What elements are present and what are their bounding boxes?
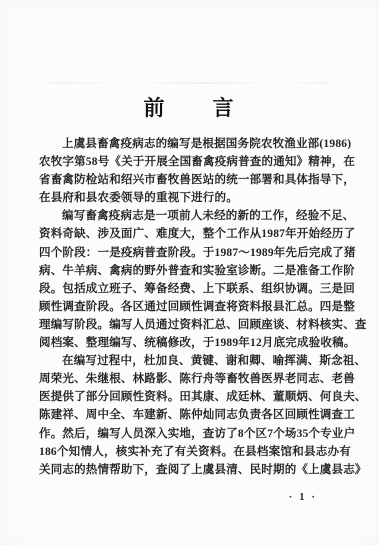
text-line: 省畜禽防检站和绍兴市畜牧兽医站的统一部署和具体指导下，	[39, 171, 351, 189]
text-line: 理编写阶段。编写人员通过资料汇总、回顾座谈、材料核实、查	[39, 316, 351, 334]
text-line: 在县府和县农委领导的重视下进行的。	[39, 189, 351, 207]
page-title: 前 言	[0, 92, 379, 122]
text-line: 上虞县畜禽疫病志的编写是根据国务院农牧渔业部(1986)	[39, 135, 351, 153]
text-line: 作。然后，编写人员深入实地，查访了8个区7个场35个专业户	[39, 425, 351, 443]
text-line: 周荣光、朱继根、林路影、陈行舟等畜牧兽医界老同志、老兽	[39, 370, 351, 388]
text-line: 段。包括成立班子、筹备经费、上下联系、组织协调。三是回	[39, 280, 351, 298]
text-line: 186个知情人，核实补充了有关资料。在县档案馆和县志办有	[39, 443, 351, 461]
document-body: 上虞县畜禽疫病志的编写是根据国务院农牧渔业部(1986) 农牧字第58号《关于开…	[39, 135, 351, 479]
text-line: 农牧字第58号《关于开展全国畜禽疫病普查的通知》精神，在	[39, 153, 351, 171]
text-line: 四个阶段：一是疫病普查阶段。于1987～1989年先后完成了猪	[39, 244, 351, 262]
text-line: 关同志的热情帮助下，查阅了上虞县清、民时期的《上虞县志》	[39, 461, 351, 479]
text-line: 顾性调查阶段。各区通过回顾性调查将资料报县汇总。四是整	[39, 298, 351, 316]
scan-artifact	[50, 82, 330, 84]
text-line: 陈建祥、周中全、车建新、陈仲灿同志负责各区回顾性调查工	[39, 406, 351, 424]
page-number: · 1 ·	[289, 491, 317, 503]
text-line: 在编写过程中，杜加良、黄键、谢和卿、喻挥满、斯念祖、	[39, 352, 351, 370]
text-line: 医提供了部分回顾性资料。田其康、成廷林、董顺炳、何良夫、	[39, 388, 351, 406]
text-line: 编写畜禽疫病志是一项前人未经的新的工作，经验不足、	[39, 207, 351, 225]
text-line: 阅档案、整理编写、统稿修改，于1989年12月底完成验收稿。	[39, 334, 351, 352]
scanned-document-page: 前 言 上虞县畜禽疫病志的编写是根据国务院农牧渔业部(1986) 农牧字第58号…	[0, 0, 379, 545]
text-line: 资料奇缺、涉及面广、难度大，整个工作从1987年开始经历了	[39, 225, 351, 243]
text-line: 病、牛羊病、禽病的野外普查和实验室诊断。二是准备工作阶	[39, 262, 351, 280]
